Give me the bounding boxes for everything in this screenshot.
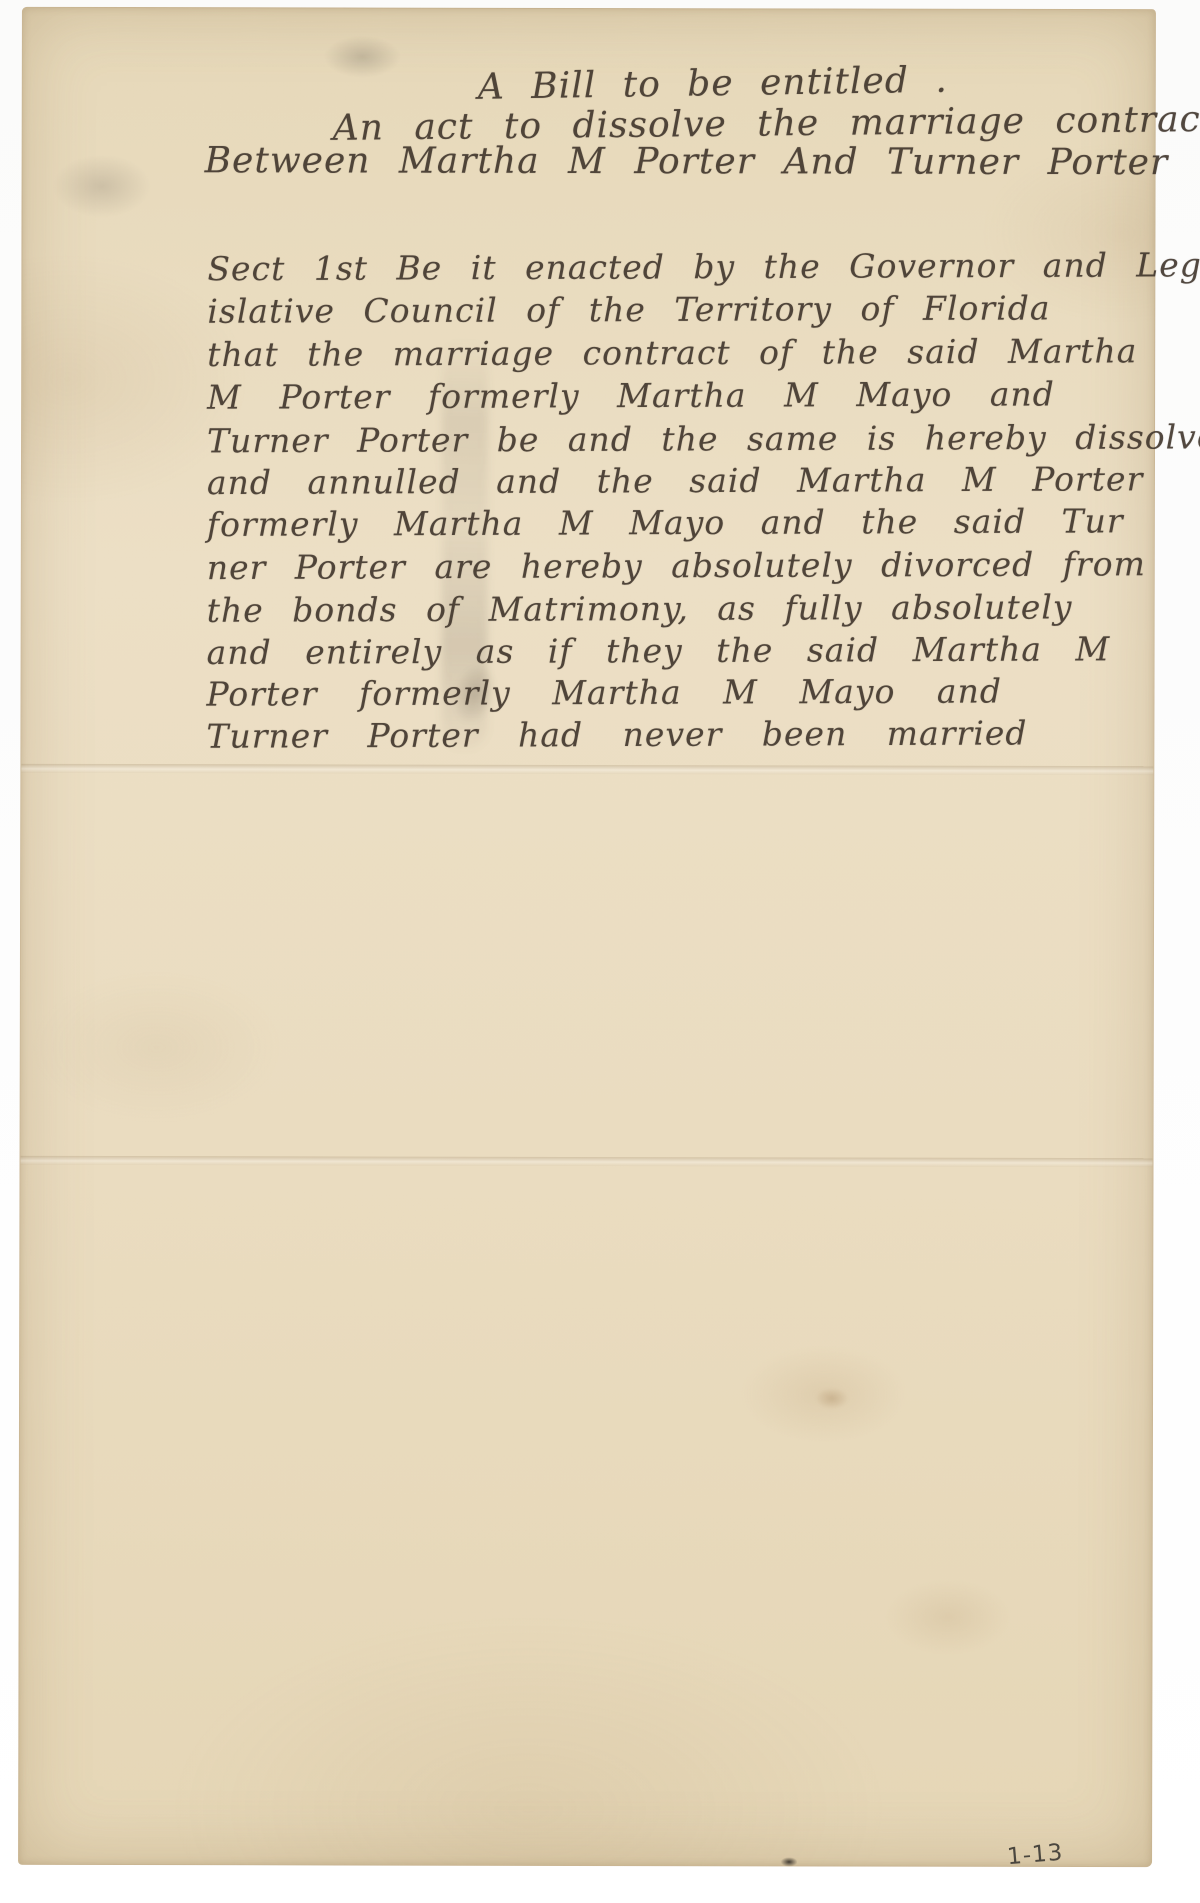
scan-background: A Bill to be entitled . An act to dissol…	[0, 0, 1200, 1903]
body-line: Sect 1st Be it enacted by the Governor a…	[207, 245, 1200, 288]
edge-speck	[781, 1857, 797, 1866]
body-line: islative Council of the Territory of Flo…	[207, 288, 1050, 330]
stain-spot	[815, 1387, 849, 1409]
title-line-1: A Bill to be entitled .	[478, 60, 949, 108]
body-line: that the marriage contract of the said M…	[207, 331, 1137, 374]
body-line: ner Porter are hereby absolutely divorce…	[207, 544, 1146, 587]
body-line: M Porter formerly Martha M Mayo and	[207, 374, 1055, 416]
page-number-annotation: 1-13	[1006, 1840, 1064, 1871]
body-line: and entirely as if they the said Martha …	[207, 629, 1111, 672]
body-line: Turner Porter be and the same is hereby …	[207, 417, 1200, 460]
body-line: and annulled and the said Martha M Porte…	[207, 459, 1144, 502]
body-line: Turner Porter had never been married	[206, 713, 1027, 755]
title-line-3: Between Martha M Porter And Turner Porte…	[205, 140, 1169, 183]
body-line: formerly Martha M Mayo and the said Tur	[207, 501, 1124, 544]
fold-crease-top	[21, 764, 1153, 775]
fold-crease-bottom	[21, 1156, 1153, 1167]
body-line: the bonds of Matrimony, as fully absolut…	[207, 587, 1073, 629]
document-page: A Bill to be entitled . An act to dissol…	[18, 7, 1156, 1867]
body-line: Porter formerly Martha M Mayo and	[206, 671, 1002, 713]
